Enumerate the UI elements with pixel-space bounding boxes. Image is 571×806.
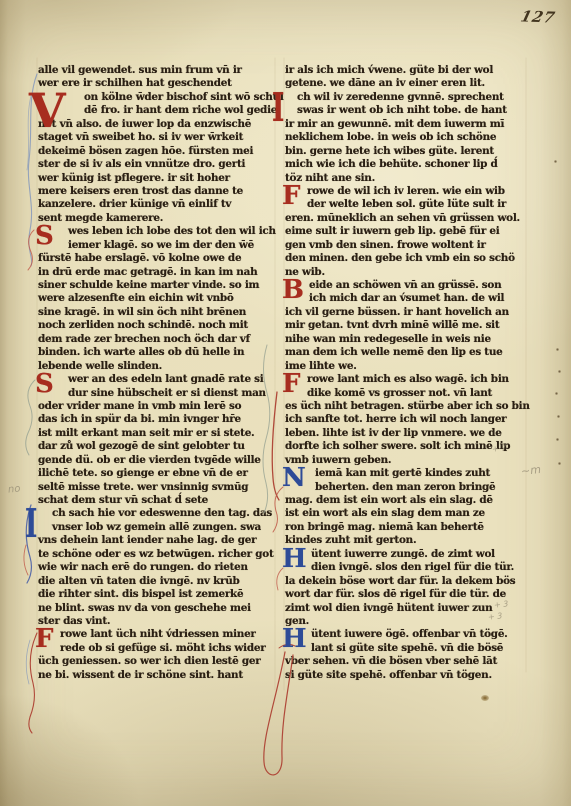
text-line: beherten. den man zeron bringē (285, 481, 527, 494)
illuminated-initial: S (35, 224, 54, 249)
text-line: lant si güte site spehē. vn̄ die bösē (285, 642, 527, 655)
stanza: ir als ich mich v́wene. güte bi der wolg… (285, 64, 527, 91)
text-line: ne blint. swas nv da von geschehe mei (38, 602, 274, 615)
text-line: alle vil gewendet. sus min frum vn̄ ir (38, 64, 274, 77)
text-line: dien ivngē. slos den rigel für die tür. (285, 561, 527, 574)
text-line: vnser lob wz gemein allē zungen. swa (38, 521, 274, 534)
text-line: iemer klagē. so we im der den w̄ē (38, 239, 274, 252)
illuminated-initial: F (282, 372, 300, 397)
illuminated-initial: F (35, 627, 53, 652)
text-line: sent megde kamerere. (38, 212, 274, 225)
text-line: on kölne w̄der bischof sint wō schul (38, 91, 274, 104)
text-line: ster de si iv als ein vnnütze dro. gerti (38, 158, 274, 171)
text-line: ime lihte we. (285, 360, 527, 373)
text-line: sine kragē. in wil sin öch niht brēnen (38, 306, 274, 319)
stanza: Frowe lant mich es also wagē. ich bindik… (285, 373, 527, 467)
illuminated-initial: S (35, 372, 54, 397)
stanza: Niemā kan mit gertē kindes zuhtbeherten.… (285, 467, 527, 548)
illuminated-initial: I (25, 506, 37, 541)
text-column-right: ir als ich mich v́wene. güte bi der wolg… (285, 64, 527, 682)
text-line: vber sehen. vn̄ die bösen vber sehē lāt (285, 655, 527, 668)
text-line: wer an des edeln lant gnadē rate si (38, 373, 274, 386)
text-line: neklichem lobe. in weis ob ich schöne (285, 131, 527, 144)
illuminated-initial: H (282, 627, 307, 652)
text-line: mag. dem ist ein wort als ein slag. dē (285, 494, 527, 507)
text-line: dar zů wol gezogē de sint gelobter tu (38, 440, 274, 453)
worm-hole (556, 348, 559, 351)
text-line: mere keisers eren trost das danne te (38, 185, 274, 198)
text-line: wie wir nach erē do rungen. do rieten (38, 561, 274, 574)
stanza: Von kölne w̄der bischof sint wō schuldē … (38, 91, 274, 225)
text-line: staget vn̄ sweibet ho. si iv wer w̄rkeit (38, 131, 274, 144)
text-line: mich wie ich die behüte. schoner lip d́ (285, 158, 527, 171)
text-line: dike komē vs grosser not. vn̄ lant (285, 387, 527, 400)
text-line: üch geniessen. so wer ich dien lestē ger (38, 655, 274, 668)
text-line: man dem ich welle nemē den lip es tue (285, 346, 527, 359)
text-line: gen vmb den sinen. frowe woltent ir (285, 239, 527, 252)
text-line: rede ob si gefüge si. möht ichs wider (38, 642, 274, 655)
text-line: wort dar für. slos dē rigel für die tür.… (285, 588, 527, 601)
text-line: iemā kan mit gertē kindes zuht (285, 467, 527, 480)
text-line: ir mir an gewunnē. mit dem iuwerm mī (285, 118, 527, 131)
text-line: dē fro. ir hant dem riche wol gedie (38, 104, 274, 117)
text-line: wes leben ich lobe des tot den wil ich (38, 225, 274, 238)
illuminated-initial: V (29, 91, 65, 133)
text-line: rowe lant mich es also wagē. ich bin (285, 373, 527, 386)
worm-hole (558, 462, 561, 465)
text-line: die rihter sint. dis bispel ist zemerkē (38, 588, 274, 601)
text-line: bin. gerne hete ich wibes güte. lerent (285, 145, 527, 158)
text-line: in drū erde mac getragē. in kan im nah (38, 266, 274, 279)
stanza: Ich wil iv zeredenne gvnnē. sprechentswa… (285, 91, 527, 185)
text-line: were alzesenfte ein eichin wit vnbō (38, 292, 274, 305)
folio-number: 127 (519, 7, 557, 26)
text-line: eren. mūneklich an sehen vn̄ grüssen wol… (285, 212, 527, 225)
text-line: ilichē tete. so gienge er ebne vn̄ de er (38, 467, 274, 480)
pencil-note: + 3 (488, 611, 503, 621)
text-line: mir getan. tvnt dvrh minē willē me. sit (285, 319, 527, 332)
illuminated-initial: N (282, 466, 306, 491)
text-line: net vn̄ also. de iuwer lop da enzwischē (38, 118, 274, 131)
text-line: la dekein böse wort dar für. la dekem bö… (285, 575, 527, 588)
text-line: dur sine hübscheit er si dienst man (38, 387, 274, 400)
text-line: ir als ich mich v́wene. güte bi der wol (285, 64, 527, 77)
text-line: ster das vint. (38, 615, 274, 628)
text-line: schat dem stur vn̄ schat d́ sete (38, 494, 274, 507)
text-line: ütent iuwere ögē. offenbar vn̄ tögē. (285, 628, 527, 641)
illuminated-initial: I (272, 90, 284, 125)
pencil-note: + 3 (494, 599, 509, 609)
text-line: rowe de wil ich iv leren. wie ein wib (285, 185, 527, 198)
text-line: ich vil gerne büssen. ir hant hovelich a… (285, 306, 527, 319)
text-line: siner schulde keine marter vinde. so im (38, 279, 274, 292)
text-line: ron bringē mag. niemā kan behertē (285, 521, 527, 534)
illuminated-initial: B (282, 278, 304, 303)
text-line: die alten vn̄ taten die ivngē. nv krūb (38, 575, 274, 588)
text-line: das ich in spür da bi. min ivnger hr̄e (38, 413, 274, 426)
text-line: ch sach hie vor edeswenne den tag. das (38, 507, 274, 520)
text-line: ist milt erkant man seit mir er si stete… (38, 427, 274, 440)
text-line: ich sanfte tot. herre ich wil noch lange… (285, 413, 527, 426)
stanza: Swer an des edeln lant gnadē rate sidur … (38, 373, 274, 507)
worm-hole (556, 438, 559, 441)
ink-stain (481, 695, 489, 701)
text-line: leben. lihte ist iv der lip vnmere. we d… (285, 427, 527, 440)
text-line: ne wib. (285, 266, 527, 279)
text-line: te schöne oder es wz betwūgen. richer go… (38, 548, 274, 561)
text-line: eime sult ir iuwern geb lip. gebē für ei (285, 225, 527, 238)
stanza: Hütent iuwere ögē. offenbar vn̄ tögē.lan… (285, 628, 527, 682)
stanza: Beide an schöwen vn̄ an grüssē. sonich m… (285, 279, 527, 373)
illuminated-initial: F (282, 184, 300, 209)
text-line: eide an schöwen vn̄ an grüssē. son (285, 279, 527, 292)
worm-hole (554, 160, 557, 163)
text-line: ch wil iv zeredenne gvnnē. sprechent (285, 91, 527, 104)
f-left-initial-filigree-blue (26, 640, 30, 684)
text-line: vns dehein lant iender nahe lag. de ger (38, 534, 274, 547)
text-line: fürstē habe erslagē. vō kolne owe de (38, 252, 274, 265)
text-line: dekeimē bösen zagen hōe. fürsten mei (38, 145, 274, 158)
stanza: Ich sach hie vor edeswenne den tag. dasv… (38, 507, 274, 628)
manuscript-page: 127 alle vil gewendet. sus min frum vn̄ … (0, 0, 571, 806)
pencil-note: ~m (520, 463, 541, 478)
text-line: binden. ich warte alles ob dū helle in (38, 346, 274, 359)
text-line: dem rade zer brechen noch öch dar vf (38, 333, 274, 346)
worm-hole (555, 392, 558, 395)
text-line: der welte leben sol. güte lüte sult ir (285, 198, 527, 211)
s1-initial-filigree-red (28, 230, 34, 270)
text-line: getene. we dāne an iv einer eren lit. (285, 77, 527, 90)
text-line: kindes zuht mit gerton. (285, 534, 527, 547)
stanza: Frowe de wil ich iv leren. wie ein wibde… (285, 185, 527, 279)
text-line: swas ir went ob ich niht tobe. de hant (285, 104, 527, 117)
text-line: seltē misse trete. wer vnsinnig svmūg (38, 481, 274, 494)
text-line: gende dü. ob er die vierden tvgēde wille (38, 454, 274, 467)
i-initial-filigree-red (24, 545, 28, 575)
text-line: noch zerliden noch schindē. noch mit (38, 319, 274, 332)
text-line: kanzelere. drier künige vn̄ einlif tv (38, 198, 274, 211)
text-column-left: alle vil gewendet. sus min frum vn̄ irwe… (38, 64, 274, 682)
text-line: oder vrider mane in vmb min lerē so (38, 400, 274, 413)
text-line: den minen. den gebe ich vmb ein so schö (285, 252, 527, 265)
s2-initial-filigree (26, 380, 35, 455)
pencil-note: + 7 (492, 443, 507, 453)
worm-hole (558, 370, 561, 373)
stanza: Frowe lant üch niht v́driessen minerrede… (38, 628, 274, 682)
text-line: ne bi. wissent de ir schöne sint. hant (38, 669, 274, 682)
text-line: si güte site spehē. offenbar vn̄ tögen. (285, 669, 527, 682)
text-line: wer künig ist pflegere. ir sit hoher (38, 172, 274, 185)
text-line: ist ein wort als ein slag dem man ze (285, 507, 527, 520)
text-line: ütent iuwerre zungē. de zimt wol (285, 548, 527, 561)
text-line: vmb iuwern geben. (285, 454, 527, 467)
n-initial-filigree-red (273, 487, 283, 532)
pencil-note: no (7, 483, 21, 495)
text-line: lebende welle slinden. (38, 360, 274, 373)
text-line: wer ere ir schilhen hat geschendet (38, 77, 274, 90)
text-line: töz niht ane sin. (285, 172, 527, 185)
text-line: dorfte ich solher swere. solt ich minē l… (285, 440, 527, 453)
illuminated-initial: H (282, 547, 307, 572)
stanza: alle vil gewendet. sus min frum vn̄ irwe… (38, 64, 274, 91)
text-line: nihe wan min redegeselle in weis nie (285, 333, 527, 346)
stanza: Swes leben ich lobe des tot den wil ichi… (38, 225, 274, 373)
worm-hole (557, 415, 560, 418)
text-line: es üch niht betragen. stürbe aber ich so… (285, 400, 527, 413)
text-line: rowe lant üch niht v́driessen miner (38, 628, 274, 641)
text-line: ich mich dar an v́sumet han. de wil (285, 292, 527, 305)
